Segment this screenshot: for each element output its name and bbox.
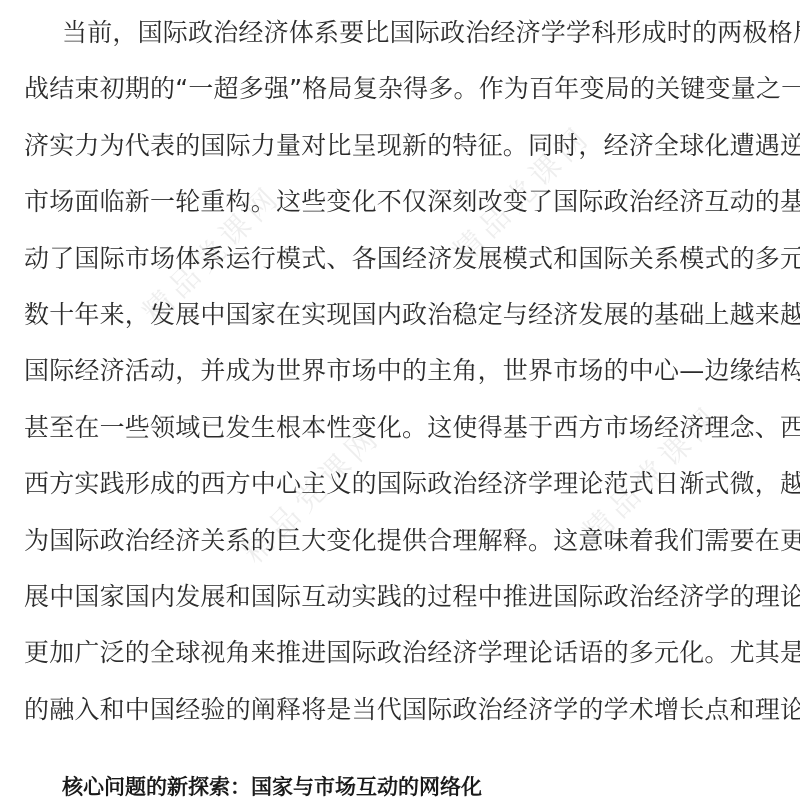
- paragraph-line: 西方实践形成的西方中心主义的国际政治经济学理论范式日渐式微，越来越难以: [24, 456, 778, 512]
- paragraph-line: 国际经济活动，并成为世界市场中的主角，世界市场的中心—边缘结构深刻变化，: [24, 343, 778, 399]
- paragraph-line: 展中国家国内发展和国际互动实践的过程中推进国际政治经济学的理论创新，从: [24, 569, 778, 625]
- document-page: 精品党课网 精品党课网 精品党课网 精品党课网 当前，国际政治经济体系要比国际政…: [0, 0, 800, 800]
- paragraph-line: 为国际政治经济关系的巨大变化提供合理解释。这意味着我们需要在更多关注发: [24, 513, 778, 569]
- section-heading: 核心问题的新探索：国家与市场互动的网络化: [62, 772, 482, 800]
- paragraph-line: 当前，国际政治经济体系要比国际政治经济学学科形成时的两极格局以及冷: [24, 5, 778, 61]
- paragraph-line: 动了国际市场体系运行模式、各国经济发展模式和国际关系模式的多元化。过去: [24, 231, 778, 287]
- paragraph-line: 济实力为代表的国际力量对比呈现新的特征。同时，经济全球化遭遇逆流使世界: [24, 118, 778, 174]
- paragraph-line: 市场面临新一轮重构。这些变化不仅深刻改变了国际政治经济互动的基础，还推: [24, 174, 778, 230]
- paragraph-line: 的融入和中国经验的阐释将是当代国际政治经济学的学术增长点和理论创新点。: [24, 682, 778, 738]
- paragraph-line: 数十年来，发展中国家在实现国内政治稳定与经济发展的基础上越来越多地参与: [24, 287, 778, 343]
- paragraph-line: 甚至在一些领域已发生根本性变化。这使得基于西方市场经济理念、西方视角、: [24, 400, 778, 456]
- paragraph-line: 更加广泛的全球视角来推进国际政治经济学理论话语的多元化。尤其是中国理念: [24, 625, 778, 681]
- body-paragraph: 当前，国际政治经济体系要比国际政治经济学学科形成时的两极格局以及冷 战结束初期的…: [24, 5, 778, 738]
- paragraph-line: 战结束初期的“一超多强”格局复杂得多。作为百年变局的关键变量之一，以经: [24, 61, 778, 117]
